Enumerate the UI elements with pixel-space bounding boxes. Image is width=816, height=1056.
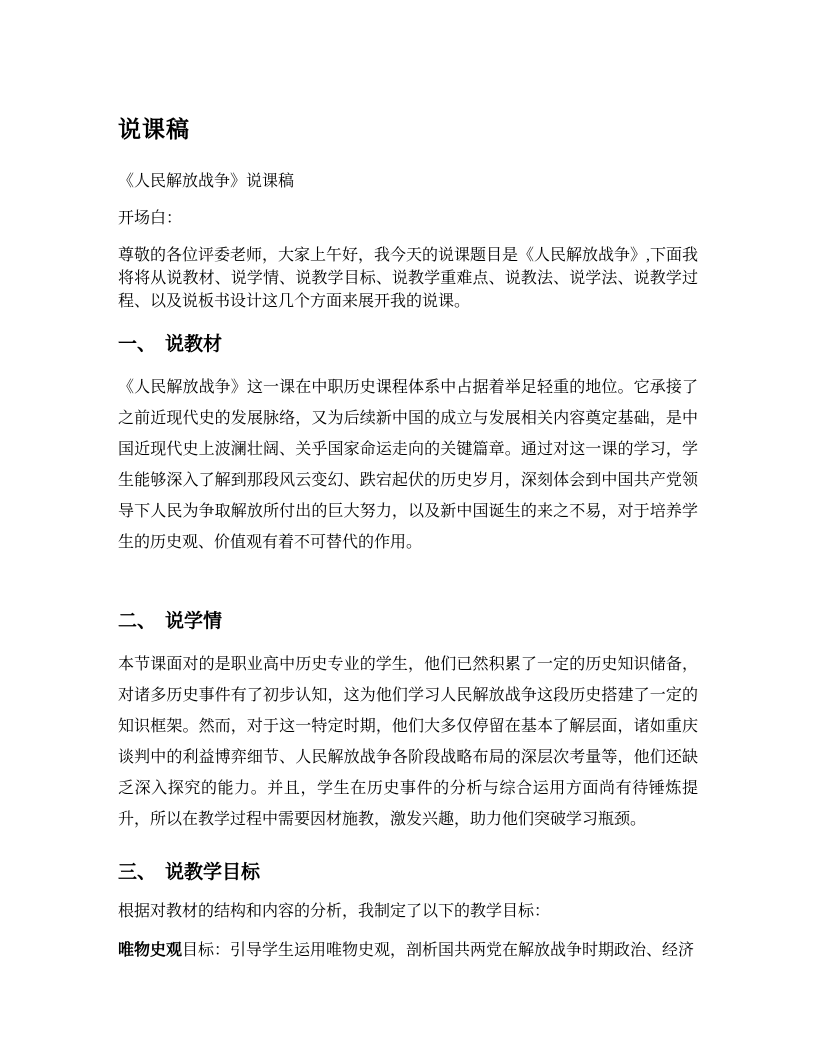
document-page: 说课稿 《人民解放战争》说课稿 开场白： 尊敬的各位评委老师，大家上午好，我今天…	[0, 0, 816, 1056]
section-heading-text: 说学情	[165, 611, 222, 632]
objective-materialist-history-line: 唯物史观目标：引导学生运用唯物史观，剖析国共两党在解放战争时期政治、经济	[118, 940, 698, 962]
opening-label: 开场白：	[118, 207, 698, 231]
objective-text: 目标：引导学生运用唯物史观，剖析国共两党在解放战争时期政治、经济	[182, 942, 694, 959]
section-heading-text: 说教学目标	[165, 862, 260, 883]
opening-paragraph: 尊敬的各位评委老师，大家上午好，我今天的说课题目是《人民解放战争》,下面我将将从…	[118, 244, 698, 313]
section-heading-teaching-objectives: 三、说教学目标	[118, 859, 698, 887]
section-paragraph-teaching-material: 《人民解放战争》这一课在中职历史课程体系中占据着举足轻重的地位。它承接了之前近现…	[118, 372, 698, 558]
section-heading-text: 说教材	[165, 334, 222, 355]
section-paragraph-learner-analysis: 本节课面对的是职业高中历史专业的学生，他们已然积累了一定的历史知识储备，对诸多历…	[118, 649, 698, 835]
section-number: 二、	[118, 611, 156, 632]
section-heading-learner-analysis: 二、说学情	[118, 608, 698, 636]
section-number: 一、	[118, 334, 156, 355]
section-heading-teaching-material: 一、说教材	[118, 331, 698, 359]
section-paragraph-teaching-objectives-intro: 根据对教材的结构和内容的分析，我制定了以下的教学目标：	[118, 901, 698, 923]
document-subtitle: 《人民解放战争》说课稿	[118, 170, 698, 194]
document-title: 说课稿	[118, 112, 698, 146]
objective-label: 唯物史观	[118, 942, 182, 959]
section-number: 三、	[118, 862, 156, 883]
